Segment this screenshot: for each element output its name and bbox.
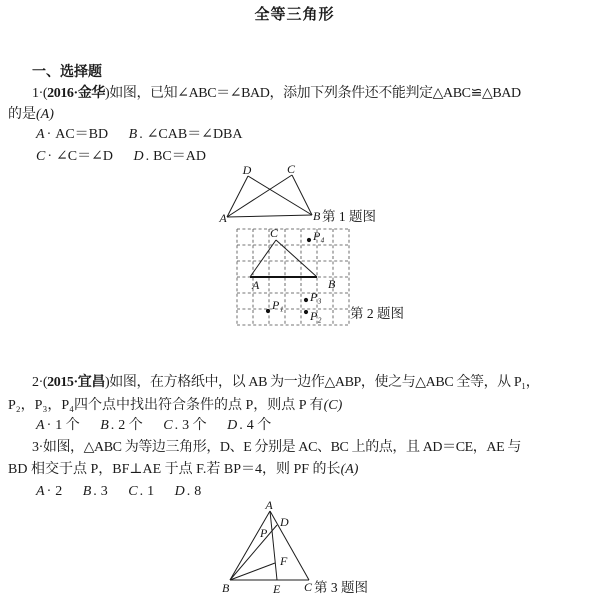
fig1-caption: 第 1 题图 [322, 209, 376, 224]
option-separator: . [139, 125, 143, 144]
option-letter: D [133, 149, 143, 164]
fig2-label-p4: P₄ [312, 229, 325, 243]
fig1-label-c: C [287, 162, 296, 176]
option-text: 1 个 [55, 418, 80, 433]
q1-answer: (A) [36, 107, 54, 122]
page-title: 全等三角形 [0, 5, 589, 25]
fig2-label-p2: P₂ [309, 309, 322, 323]
option-letter: B [129, 127, 138, 142]
option-text: 3 [101, 484, 108, 499]
q1-options-row-1: A·AC＝BD B.∠CAB＝∠DBA [36, 125, 243, 144]
fig3-label-d: D [279, 515, 289, 529]
fig2-label-c: C [270, 226, 279, 240]
q3-option-c: C.1 [128, 482, 154, 501]
q1-stem: )如图，已知∠ABC＝∠BAD，添加下列条件还不能判定△ABC≌△BAD [105, 86, 521, 101]
q1-stem-tail: 的是 [8, 107, 36, 122]
option-separator: . [93, 482, 97, 501]
fig1-triangle-lines [227, 175, 312, 217]
q2-source: 2015·宜昌 [47, 375, 105, 390]
option-text: 2 个 [118, 418, 143, 433]
q2-line-1: 2·(2015·宜昌)如图，在方格纸中，以 AB 为一边作△ABP，使之与△AB… [32, 373, 539, 392]
q2-option-d: D.4 个 [227, 416, 271, 435]
figure-question-3: A D P F B E C 第 3 题图 [218, 496, 370, 600]
q1-number: 1·( [32, 86, 47, 101]
option-separator: . [175, 416, 179, 435]
q1-option-b: B.∠CAB＝∠DBA [129, 125, 243, 144]
option-letter: D [227, 418, 237, 433]
option-letter: D [175, 484, 185, 499]
option-separator: · [47, 147, 52, 166]
q1-line-1: 1·(2016·金华)如图，已知∠ABC＝∠BAD，添加下列条件还不能判定△AB… [32, 84, 521, 103]
q3-answer: (A) [341, 462, 359, 477]
q3-options-row: A·2 B.3 C.1 D.8 [36, 482, 201, 501]
option-separator: . [187, 482, 191, 501]
section-header: 一、选择题 [32, 63, 102, 82]
q3-stem-tail: BD 相交于点 P，BF⊥AE 于点 F.若 BP＝4，则 PF 的长 [8, 462, 341, 477]
q3-line-2: BD 相交于点 P，BF⊥AE 于点 F.若 BP＝4，则 PF 的长(A) [8, 460, 358, 479]
option-text: ∠CAB＝∠DBA [147, 127, 243, 142]
fig3-caption: 第 3 题图 [314, 580, 368, 595]
option-separator: . [140, 482, 144, 501]
option-separator: . [239, 416, 243, 435]
option-letter: C [36, 149, 45, 164]
fig1-label-a: A [218, 211, 227, 225]
fig2-caption: 第 2 题图 [350, 306, 404, 321]
worksheet-page: { "title": "全等三角形", "section": { "header… [0, 0, 589, 606]
q2-line-2: P₂，P₃，P₄四个点中找出符合条件的点 P，则点 P 有(C) [8, 396, 342, 415]
option-letter: C [163, 418, 172, 433]
option-letter: A [36, 127, 45, 142]
fig2-label-p1: P₁ [271, 298, 284, 312]
option-letter: B [83, 484, 92, 499]
option-letter: C [128, 484, 137, 499]
option-text: 2 [55, 484, 62, 499]
option-text: 1 [147, 484, 154, 499]
option-text: 8 [194, 484, 201, 499]
fig3-label-p: P [259, 526, 268, 540]
q3-option-a: A·2 [36, 482, 62, 501]
q2-option-b: B.2 个 [100, 416, 143, 435]
q2-stem-tail: P₂，P₃，P₄四个点中找出符合条件的点 P，则点 P 有 [8, 398, 324, 413]
fig3-label-f: F [279, 554, 288, 568]
q1-line-2: 的是(A) [8, 105, 54, 124]
q3-option-d: D.8 [175, 482, 202, 501]
fig3-label-b: B [222, 581, 230, 595]
fig2-label-a: A [251, 278, 260, 292]
option-separator: . [146, 147, 150, 166]
option-separator: · [47, 125, 52, 144]
fig2-point-p4-dot [307, 238, 311, 242]
fig3-label-e: E [272, 582, 281, 596]
q2-option-c: C.3 个 [163, 416, 206, 435]
option-text: 3 个 [182, 418, 207, 433]
option-letter: A [36, 418, 45, 433]
fig3-label-c: C [304, 580, 313, 594]
q1-options-row-2: C·∠C＝∠D D.BC＝AD [36, 147, 206, 166]
fig3-label-a: A [264, 498, 273, 512]
option-text: AC＝BD [55, 127, 108, 142]
option-text: ∠C＝∠D [56, 149, 113, 164]
fig2-point-p1-dot [266, 309, 270, 313]
fig1-label-d: D [242, 163, 252, 177]
q1-source: 2016·金华 [47, 86, 105, 101]
option-separator: · [47, 416, 52, 435]
figure-question-2: C A B P₄ P₁ P₃ P₂ 第 2 题图 [228, 224, 410, 330]
option-letter: B [100, 418, 109, 433]
q3-option-b: B.3 [83, 482, 108, 501]
q3-stem: 3·如图，△ABC 为等边三角形，D、E 分别是 AC、BC 上的点，且 AD＝… [32, 440, 521, 455]
q2-stem: )如图，在方格纸中，以 AB 为一边作△ABP，使之与△ABC 全等，从 P₁， [105, 375, 539, 390]
option-text: 4 个 [247, 418, 272, 433]
q1-option-c: C·∠C＝∠D [36, 147, 113, 166]
q2-answer: (C) [324, 398, 343, 413]
q2-number: 2·( [32, 375, 47, 390]
fig1-label-b: B [313, 209, 321, 223]
fig2-point-p2-dot [304, 310, 308, 314]
fig2-label-p3: P₃ [309, 290, 322, 304]
q2-options-row: A·1 个 B.2 个 C.3 个 D.4 个 [36, 416, 271, 435]
fig2-label-b: B [328, 277, 336, 291]
option-letter: A [36, 484, 45, 499]
fig2-triangle-abc [250, 240, 317, 277]
option-separator: . [111, 416, 115, 435]
q3-line-1: 3·如图，△ABC 为等边三角形，D、E 分别是 AC、BC 上的点，且 AD＝… [32, 438, 521, 457]
figure-question-1: D C A B 第 1 题图 [195, 160, 385, 228]
q1-option-a: A·AC＝BD [36, 125, 108, 144]
fig3-triangle-lines [230, 511, 309, 580]
option-separator: · [47, 482, 52, 501]
q2-option-a: A·1 个 [36, 416, 80, 435]
fig2-point-p3-dot [304, 298, 308, 302]
